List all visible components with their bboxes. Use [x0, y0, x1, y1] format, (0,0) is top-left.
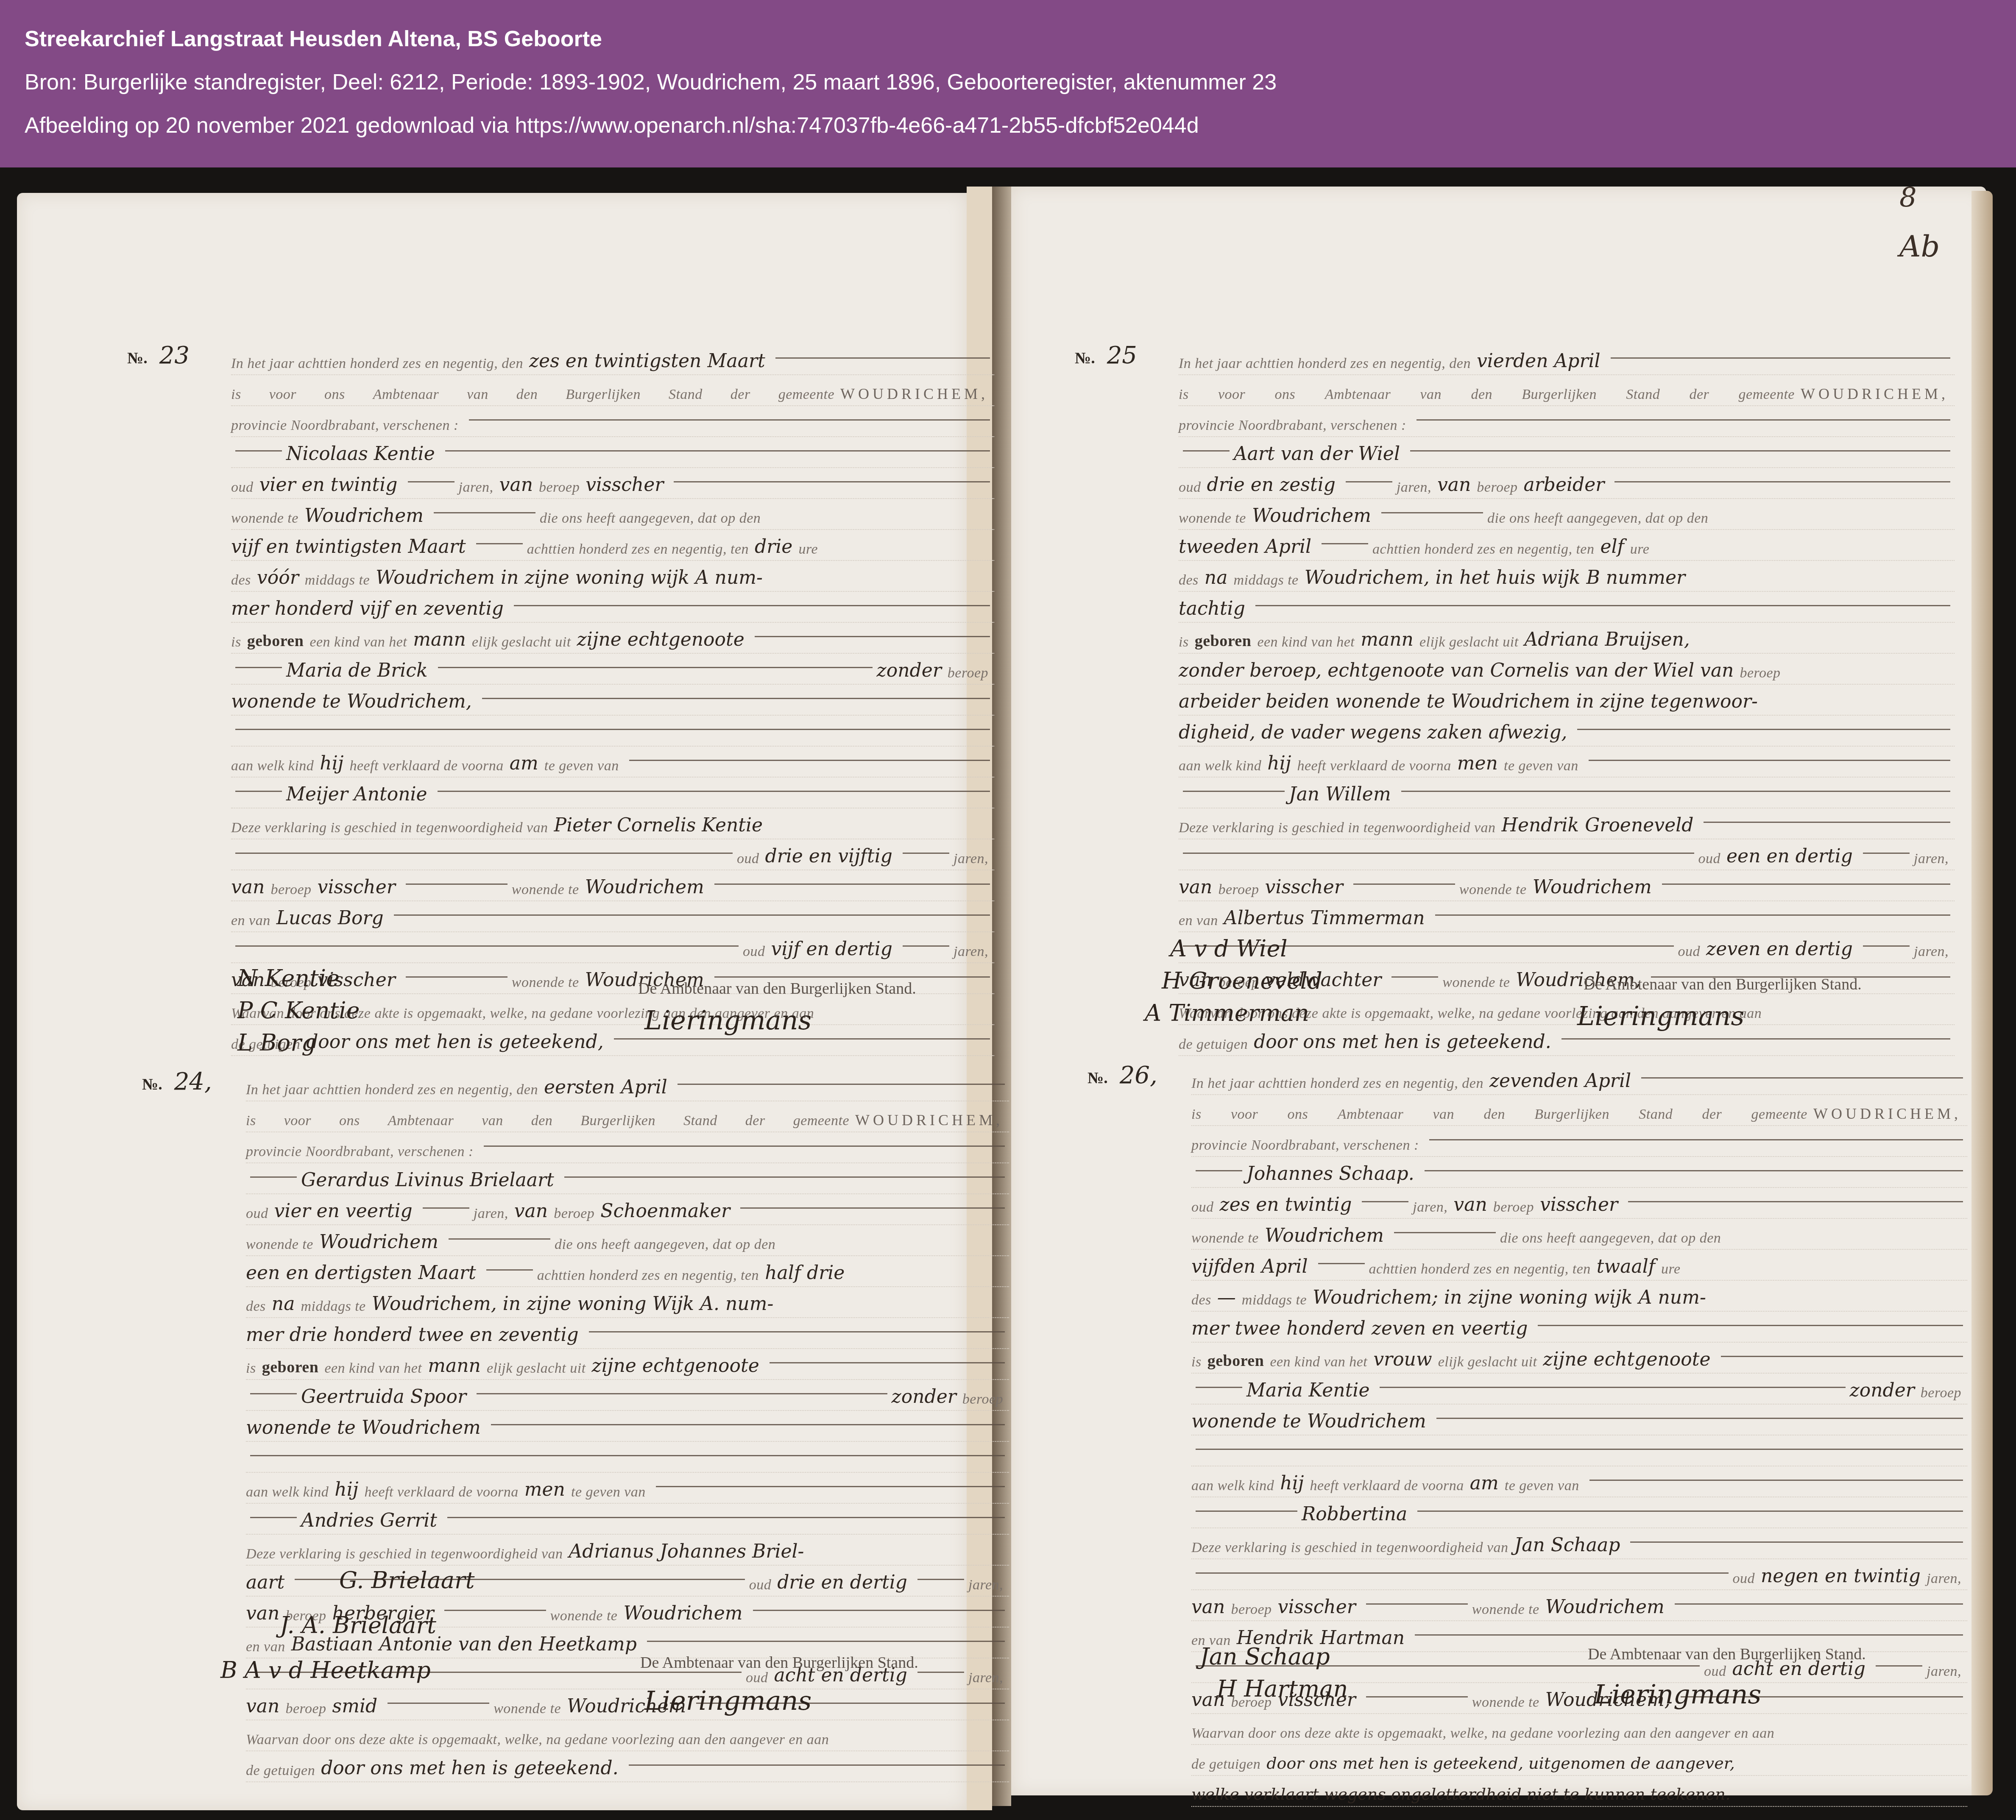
ink-dash — [445, 450, 990, 452]
form-line: In het jaar achttien honderd zes en nege… — [1191, 1064, 1967, 1095]
ink-dash — [388, 1703, 489, 1704]
form-line: Robbertina — [1191, 1497, 1967, 1528]
printed-label: Deze verklaring is geschied in tegenwoor… — [231, 820, 548, 836]
ink-dash — [1394, 1232, 1496, 1233]
handwritten-entry: drie en zestig — [1207, 474, 1336, 496]
printed-label: jaren, — [1927, 1664, 1961, 1680]
form-line: Gerardus Livinus Brielaart — [246, 1163, 1009, 1194]
printed-label: en van — [1179, 913, 1218, 929]
printed-label: den — [1471, 387, 1492, 403]
printed-label: gemeente — [778, 387, 834, 403]
printed-label: van — [1420, 387, 1442, 403]
ink-dash — [917, 1579, 964, 1580]
form-line: Deze verklaring is geschied in tegenwoor… — [246, 1535, 1009, 1566]
handwritten-entry: arbeider beiden wonende te Woudrichem in… — [1179, 691, 1758, 712]
text: №. — [1087, 1069, 1108, 1087]
printed-label: WOUDRICHEM, — [855, 1111, 1003, 1129]
ink-dash — [235, 450, 282, 452]
printed-label: middags te — [1242, 1292, 1307, 1308]
printed-label: jaren, — [1914, 851, 1949, 867]
handwritten-entry: visscher — [1265, 876, 1343, 898]
ink-dash — [1416, 419, 1950, 421]
handwritten-entry: wonende te Woudrichem — [1191, 1410, 1426, 1432]
signatures-25: A v d Wiel H Groeneveld A Timmerman — [1145, 933, 1322, 1029]
ink-dash — [564, 1176, 1005, 1178]
printed-label: wonende te — [1459, 882, 1527, 898]
text: №. — [142, 1076, 162, 1093]
form-line: provincie Noordbrabant, verschenen : — [246, 1132, 1009, 1163]
form-line: tachtig — [1179, 592, 1955, 623]
printed-label: jaren, — [474, 1206, 508, 1222]
mother-name: Adriana Bruijsen, — [1525, 629, 1690, 650]
form-line: Deze verklaring is geschied in tegenwoor… — [1191, 1528, 1967, 1559]
printed-label: ons — [1275, 387, 1296, 403]
form-line: vanberoepvisscherwonende teWoudrichem — [231, 870, 994, 901]
handwritten-entry: tweeden April — [1179, 536, 1311, 557]
printed-label: achttien honderd zes en negentig, ten — [537, 1268, 759, 1284]
printed-label: wonende te — [512, 882, 579, 898]
handwritten-entry: drie — [755, 536, 792, 557]
text: 23 — [159, 342, 190, 369]
form-line: provincie Noordbrabant, verschenen : — [1179, 406, 1955, 437]
ink-dash — [235, 945, 739, 947]
handwritten-entry: zijne echtgenoote — [592, 1355, 759, 1377]
form-line: Waarvan door ons deze akte is opgemaakt,… — [246, 1720, 1009, 1751]
printed-label: beroep — [962, 1391, 1003, 1408]
ink-dash — [1429, 1139, 1963, 1140]
printed-label: Deze verklaring is geschied in tegenwoor… — [246, 1546, 563, 1562]
printed-label: te geven van — [1504, 758, 1578, 774]
form-line: provincie Noordbrabant, verschenen : — [1191, 1126, 1967, 1157]
handwritten-entry: van — [1179, 876, 1212, 898]
printed-label: jaren, — [459, 479, 494, 496]
handwritten-entry: negen en twintig — [1761, 1565, 1921, 1587]
ink-dash — [250, 1176, 297, 1178]
handwritten-entry: door ons met hen is geteekend, uitgenome… — [1266, 1754, 1735, 1773]
printed-label: den — [516, 387, 538, 403]
form-line: oudnegen en twintigjaren, — [1191, 1559, 1967, 1590]
printed-label: aan welk kind — [1179, 758, 1261, 774]
form-line: In het jaar achttien honderd zes en nege… — [231, 344, 994, 375]
official-signature-25: Lieringmans — [1577, 1001, 1744, 1031]
printed-label: een kind van het — [1257, 634, 1355, 650]
ink-dash — [740, 1207, 1005, 1209]
official-label-26: De Ambtenaar van den Burgerlijken Stand. — [1588, 1645, 1866, 1664]
declarant-name: Nicolaas Kentie — [286, 443, 435, 465]
mother-name: Maria Kentie — [1246, 1380, 1369, 1401]
text: №. — [1075, 349, 1095, 367]
printed-label: voor — [1231, 1106, 1258, 1123]
printed-label: den — [1483, 1106, 1505, 1123]
form-line: Jan Willem — [1179, 778, 1955, 808]
printed-label: Deze verklaring is geschied in tegenwoor… — [1179, 820, 1496, 836]
printed-label: WOUDRICHEM, — [1813, 1105, 1961, 1123]
ink-dash — [1863, 945, 1910, 947]
printed-label: aan welk kind — [1191, 1478, 1274, 1494]
ink-dash — [491, 1424, 1005, 1425]
ink-dash — [1589, 760, 1950, 761]
handwritten-entry: door ons met hen is geteekend. — [321, 1757, 619, 1779]
form-line: desnamiddags teWoudrichem, in het huis w… — [1179, 561, 1955, 592]
printed-label: van — [482, 1113, 503, 1129]
handwritten-entry: vijfden April — [1191, 1256, 1308, 1277]
ink-dash — [1721, 1356, 1963, 1357]
printed-label: oud — [1704, 1664, 1726, 1680]
text: B A v d Heetkamp — [220, 1654, 474, 1686]
printed-label: beroep — [1218, 882, 1259, 898]
printed-label: der — [1702, 1106, 1722, 1123]
printed-label: is — [1191, 1354, 1202, 1370]
official-signature-26: Lieringmans — [1594, 1679, 1761, 1710]
ink-dash — [394, 914, 990, 916]
ink-dash — [647, 1641, 1005, 1642]
handwritten-entry: eersten April — [544, 1076, 667, 1098]
form-line: tweeden Aprilachttien honderd zes en neg… — [1179, 530, 1955, 561]
printed-label: de getuigen — [1179, 1037, 1248, 1053]
printed-label: In het jaar achttien honderd zes en nege… — [1179, 356, 1471, 372]
form-line: desnamiddags teWoudrichem, in zijne woni… — [246, 1287, 1009, 1318]
printed-label: beroep — [1493, 1199, 1534, 1215]
registration-date: zes en twintigsten Maart — [529, 350, 765, 372]
ink-dash — [775, 357, 990, 359]
printed-label: jaren, — [954, 944, 988, 960]
printed-label: en van — [231, 913, 270, 929]
form-line: en vanLucas Borg — [231, 901, 994, 932]
printed-label: beroep — [948, 665, 988, 681]
handwritten-entry: een en dertigsten Maart — [246, 1262, 476, 1284]
handwritten-entry: drie en dertig — [777, 1572, 907, 1593]
form-line: ouddrie en vijftigjaren, — [231, 839, 994, 870]
printed-label: jaren, — [968, 1577, 1003, 1593]
ink-dash — [629, 1764, 1005, 1766]
ink-dash — [250, 1455, 1005, 1456]
printed-label: beroep — [1740, 665, 1780, 681]
printed-label: die ons heeft aangegeven, dat op den — [540, 510, 761, 527]
banner-download-link[interactable]: Afbeelding op 20 november 2021 gedownloa… — [25, 113, 2016, 138]
printed-label: Ambtenaar — [388, 1113, 454, 1129]
printed-label: voor — [1218, 387, 1245, 403]
form-line: aan welk kindhijheeft verklaard de voorn… — [1179, 747, 1955, 778]
form-line — [231, 716, 994, 747]
handwritten-entry: mann — [428, 1355, 481, 1377]
ink-dash — [1577, 729, 1950, 730]
handwritten-entry: visscher — [318, 876, 396, 898]
form-line: en vanAlbertus Timmerman — [1179, 901, 1955, 932]
form-line: Deze verklaring is geschied in tegenwoor… — [231, 808, 994, 839]
form-line: vijf en twintigsten Maartachttien honder… — [231, 530, 994, 561]
form-line: vanberoepsmidwonende teWoudrichem — [246, 1689, 1009, 1720]
printed-label: ure — [798, 541, 818, 557]
printed-label: heeft verklaard de voorna — [1310, 1478, 1464, 1494]
printed-label: beroep — [554, 1206, 594, 1222]
ink-dash — [1589, 1480, 1963, 1481]
archive-banner: Streekarchief Langstraat Heusden Altena,… — [0, 0, 2016, 167]
form-line: oudzes en twintigjaren,vanberoepvisscher — [1191, 1188, 1967, 1219]
printed-label: Burgerlijken — [1534, 1106, 1609, 1123]
ink-dash — [438, 667, 873, 668]
form-line: vanberoepvisscherwonende teWoudrichem — [1179, 870, 1955, 901]
printed-label: gemeente — [793, 1113, 849, 1129]
printed-label: elijk geslacht uit — [472, 634, 571, 650]
ink-dash — [423, 1207, 469, 1209]
text: G. Brielaart — [339, 1564, 474, 1597]
printed-label: geboren — [1195, 632, 1252, 650]
form-line: In het jaar achttien honderd zes en nege… — [1179, 344, 1955, 375]
printed-label: heeft verklaard de voorna — [1297, 758, 1451, 774]
ink-dash — [406, 884, 507, 885]
handwritten-entry: visscher — [1540, 1194, 1618, 1215]
printed-label: oud — [743, 944, 765, 960]
handwritten-entry: van — [1453, 1194, 1487, 1215]
printed-label: heeft verklaard de voorna — [349, 758, 503, 774]
banner-source: Bron: Burgerlijke standregister, Deel: 6… — [25, 70, 2016, 95]
ink-dash — [1675, 1603, 1963, 1605]
form-line: Maria Kentiezonderberoep — [1191, 1374, 1967, 1405]
form-line: Maria de Brickzonderberoep — [231, 654, 994, 685]
printed-label: is — [231, 387, 241, 403]
ink-dash — [449, 1238, 550, 1240]
printed-label: achttien honderd zes en negentig, ten — [527, 541, 749, 557]
form-line: oudvier en twintigjaren,vanberoepvissche… — [231, 468, 994, 499]
printed-label: middags te — [301, 1299, 365, 1315]
form-line: oudeen en dertigjaren, — [1179, 839, 1955, 870]
ink-dash — [1255, 605, 1950, 606]
handwritten-entry: Woudrichem — [1252, 505, 1371, 527]
handwritten-entry: Schoenmaker — [600, 1200, 730, 1222]
handwritten-entry: half drie — [765, 1262, 845, 1284]
handwritten-entry: elf — [1600, 536, 1624, 557]
signatures-23: N Kentie P C Kentie L Borg — [237, 962, 360, 1059]
printed-label: oud — [231, 479, 254, 496]
birth-place: Woudrichem in zijne woning wijk A num- — [376, 567, 763, 588]
ink-dash — [235, 667, 282, 668]
witness-1: Pieter Cornelis Kentie — [554, 814, 763, 836]
ink-dash — [714, 976, 990, 978]
ink-dash — [1322, 543, 1368, 544]
handwritten-entry: welke verklaart wegens ongeletterdheid n… — [1191, 1785, 1731, 1803]
printed-label: In het jaar achttien honderd zes en nege… — [1191, 1076, 1483, 1092]
printed-label: ure — [1661, 1261, 1681, 1277]
form-line: digheid, de vader wegens zaken afwezig, — [1179, 716, 1955, 747]
printed-label: In het jaar achttien honderd zes en nege… — [246, 1082, 538, 1098]
printed-label: oud — [746, 1670, 768, 1686]
handwritten-entry: door ons met hen is geteekend. — [1254, 1031, 1551, 1053]
record-number: №.23 — [127, 342, 190, 369]
declarant-name: Gerardus Livinus Brielaart — [301, 1169, 554, 1191]
printed-label: middags te — [1233, 572, 1298, 588]
form-line: zonder beroep, echtgenoote van Cornelis … — [1179, 654, 1955, 685]
printed-label: ons — [339, 1113, 360, 1129]
handwritten-entry: hij — [320, 753, 343, 774]
printed-label: een kind van het — [1270, 1354, 1367, 1370]
ink-dash — [1436, 1418, 1963, 1419]
text: 25 — [1107, 342, 1137, 369]
form-line: isgeboreneen kind van hetvrouwelijk gesl… — [1191, 1343, 1967, 1374]
printed-label: Burgerlijken — [1522, 387, 1597, 403]
printed-label: Ambtenaar — [373, 387, 439, 403]
handwritten-entry: am — [1470, 1472, 1499, 1494]
handwritten-entry: Woudrichem — [585, 876, 704, 898]
handwritten-entry: visscher — [1278, 1596, 1356, 1618]
printed-label: des — [1191, 1292, 1211, 1308]
ink-dash — [235, 791, 282, 792]
handwritten-entry: mer drie honderd twee en zeventig — [246, 1324, 579, 1346]
form-line: aan welk kindhijheeft verklaard de voorn… — [231, 747, 994, 778]
ink-dash — [1366, 1696, 1468, 1697]
printed-label: Ambtenaar — [1325, 387, 1391, 403]
form-line: isvooronsAmbtenaarvandenBurgerlijkenStan… — [231, 375, 994, 406]
form-line: isgeboreneen kind van hetmannelijk gesla… — [1179, 623, 1955, 654]
text: A Timmerman — [1145, 997, 1322, 1029]
handwritten-entry: — — [1217, 1287, 1236, 1308]
banner-title: Streekarchief Langstraat Heusden Altena,… — [25, 26, 2016, 52]
form-line: mer honderd vijf en zeventig — [231, 592, 994, 623]
handwritten-entry: wonende te Woudrichem, — [231, 691, 472, 712]
printed-label: jaren, — [1927, 1571, 1961, 1587]
birth-date: vijf en twintigsten Maart — [231, 536, 466, 557]
handwritten-entry: van — [1191, 1596, 1225, 1618]
record-number: №.24, — [142, 1068, 212, 1095]
handwritten-entry: mer honderd vijf en zeventig — [231, 598, 504, 619]
ink-dash — [1183, 791, 1285, 792]
handwritten-entry: Woudrichem — [623, 1603, 742, 1624]
ink-dash — [1183, 853, 1694, 854]
printed-label: oud — [246, 1206, 268, 1222]
handwritten-entry: zes en twintig — [1220, 1194, 1352, 1215]
form-line: desvóórmiddags teWoudrichem in zijne won… — [231, 561, 994, 592]
printed-label: provincie Noordbrabant, verschenen : — [246, 1144, 474, 1160]
handwritten-entry: Adrianus Johannes Briel- — [569, 1541, 804, 1562]
handwritten-entry: na — [272, 1293, 295, 1315]
printed-label: beroep — [270, 882, 311, 898]
handwritten-entry: zijne echtgenoote — [577, 629, 744, 650]
form-line — [1191, 1435, 1967, 1466]
printed-label: wonende te — [246, 1237, 313, 1253]
printed-label: geboren — [262, 1358, 319, 1377]
printed-label: Waarvan door ons deze akte is opgemaakt,… — [246, 1732, 829, 1748]
printed-label: Stand — [669, 387, 703, 403]
printed-label: wonende te — [494, 1701, 561, 1717]
handwritten-entry: Hendrik Groeneveld — [1502, 814, 1694, 836]
printed-label: die ons heeft aangegeven, dat op den — [555, 1237, 775, 1253]
ink-dash — [1401, 791, 1950, 792]
ink-dash — [1380, 1387, 1845, 1388]
handwritten-entry: vóór — [257, 567, 299, 588]
printed-label: achttien honderd zes en negentig, ten — [1369, 1261, 1591, 1277]
form-line: aan welk kindhijheeft verklaard de voorn… — [246, 1473, 1009, 1504]
ink-dash — [1196, 1511, 1297, 1512]
ink-dash — [1196, 1572, 1729, 1574]
printed-label: wonende te — [1472, 1602, 1539, 1618]
printed-label: geboren — [247, 632, 304, 650]
text: №. — [127, 349, 148, 367]
declarant-name: Aart van der Wiel — [1234, 443, 1400, 465]
handwritten-entry: drie en vijftig — [765, 845, 892, 867]
printed-label: jaren, — [1914, 944, 1949, 960]
handwritten-entry: zeven en dertig — [1706, 938, 1853, 960]
form-line: wonende teWoudrichemdie ons heeft aangeg… — [1179, 499, 1955, 530]
form-line: isgeboreneen kind van hetmannelijk gesla… — [231, 623, 994, 654]
handwritten-entry: arbeider — [1524, 474, 1605, 496]
printed-label: Waarvan door ons deze akte is opgemaakt,… — [1191, 1725, 1774, 1742]
ink-dash — [408, 481, 455, 482]
form-line: mer drie honderd twee en zeventig — [246, 1318, 1009, 1349]
printed-label: ure — [1630, 541, 1650, 557]
handwritten-entry: Woudrichem — [304, 505, 424, 527]
ink-dash — [476, 543, 523, 544]
handwritten-entry: van — [231, 876, 265, 898]
ink-dash — [1641, 1077, 1963, 1079]
form-line: wonende te Woudrichem — [246, 1411, 1009, 1442]
declarant-name: Johannes Schaap. — [1246, 1163, 1414, 1185]
ink-dash — [903, 945, 949, 947]
ink-dash — [678, 1084, 1005, 1085]
handwritten-entry: mer twee honderd zeven en veertig — [1191, 1318, 1528, 1339]
text: A v d Wiel — [1170, 933, 1322, 965]
printed-label: oud — [737, 851, 759, 867]
handwritten-entry: Woudrichem; in zijne woning wijk A num- — [1313, 1287, 1706, 1308]
ink-dash — [1876, 1665, 1922, 1667]
ink-dash — [482, 698, 990, 699]
handwritten-entry: Woudrichem — [1545, 1596, 1665, 1618]
printed-label: middags te — [305, 572, 370, 588]
printed-label: voor — [269, 387, 296, 403]
printed-label: jaren, — [1397, 479, 1431, 496]
ink-dash — [1410, 450, 1950, 452]
form-line: de getuigendoor ons met hen is geteekend… — [246, 1751, 1009, 1782]
form-line — [246, 1442, 1009, 1473]
ink-dash — [1435, 914, 1950, 916]
handwritten-entry: mann — [1361, 629, 1414, 650]
ink-dash — [1611, 357, 1950, 359]
printed-label: wonende te — [231, 510, 298, 527]
form-line: vijfden Aprilachttien honderd zes en neg… — [1191, 1250, 1967, 1281]
handwritten-entry: zonder — [1850, 1380, 1915, 1401]
ink-dash — [1366, 1603, 1468, 1605]
printed-label: te geven van — [1505, 1478, 1579, 1494]
handwritten-entry: Woudrichem — [1265, 1225, 1384, 1246]
official-label-24: De Ambtenaar van den Burgerlijken Stand. — [640, 1653, 918, 1672]
right-page-edge — [1971, 191, 1993, 1795]
form-line: aan welk kindhijheeft verklaard de voorn… — [1191, 1466, 1967, 1497]
handwritten-entry: smid — [332, 1695, 378, 1717]
ink-dash — [1381, 512, 1483, 513]
ink-dash — [755, 636, 990, 637]
handwritten-entry: hij — [335, 1479, 358, 1500]
birth-record-23: №.23 In het jaar achttien honderd zes en… — [231, 344, 994, 1056]
handwritten-entry: wonende te Woudrichem — [246, 1417, 481, 1438]
printed-label: Stand — [1639, 1106, 1673, 1123]
printed-label: oud — [1733, 1571, 1755, 1587]
ink-dash — [714, 884, 990, 885]
printed-label: provincie Noordbrabant, verschenen : — [231, 418, 459, 434]
ink-dash — [1630, 1541, 1963, 1543]
form-line: isvooronsAmbtenaarvandenBurgerlijkenStan… — [1179, 375, 1955, 406]
record-number: №.25 — [1075, 342, 1137, 369]
form-line: wonende teWoudrichemdie ons heeft aangeg… — [231, 499, 994, 530]
handwritten-entry: vier en veertig — [274, 1200, 413, 1222]
handwritten-entry: digheid, de vader wegens zaken afwezig, — [1179, 722, 1567, 743]
form-line: oudvijf en dertigjaren, — [231, 932, 994, 963]
handwritten-entry: Woudrichem, in het huis wijk B nummer — [1305, 567, 1685, 588]
text: J. A. Brielaart — [280, 1609, 474, 1642]
handwritten-entry: van — [499, 474, 533, 496]
ink-dash — [1353, 884, 1455, 885]
printed-label: oud — [1191, 1199, 1214, 1215]
ink-dash — [917, 1672, 964, 1673]
printed-label: Stand — [1626, 387, 1660, 403]
text: L Borg — [237, 1027, 360, 1059]
